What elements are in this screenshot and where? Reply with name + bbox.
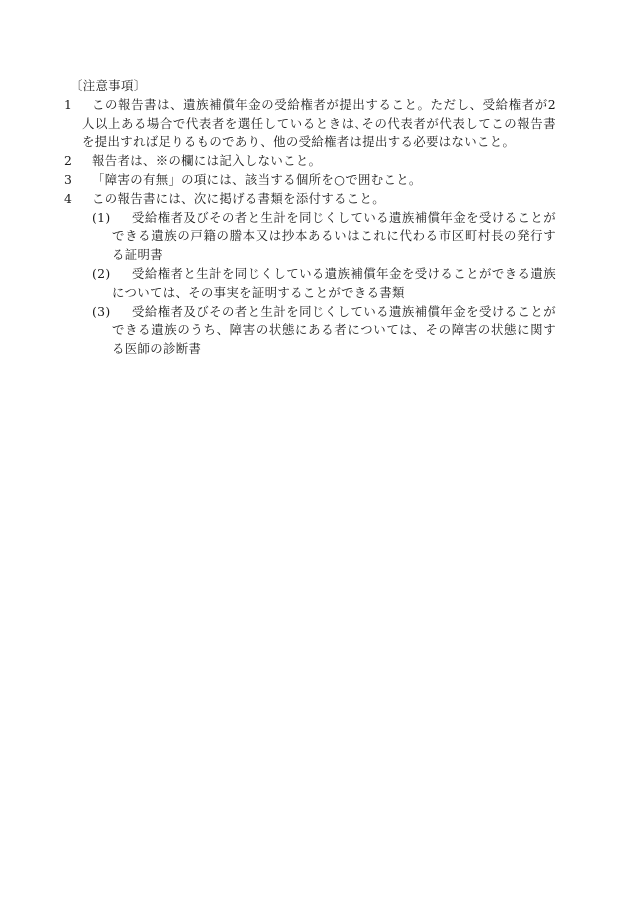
note-item-3: 3 「障害の有無」の項には、該当する個所を○で囲むこと。 bbox=[64, 171, 556, 190]
note-number: 3 bbox=[64, 171, 82, 190]
attachment-text: 受給権者及びその者と生計を同じくしている遺族補償年金を受けることができる遺族の戸… bbox=[112, 209, 556, 265]
attachment-item-2: (2) 受給権者と生計を同じくしている遺族補償年金を受けることができる遺族につい… bbox=[64, 265, 556, 303]
note-text: 報告者は、※の欄には記入しないこと。 bbox=[82, 152, 556, 171]
note-text: この報告書には、次に掲げる書類を添付すること。 bbox=[82, 190, 556, 209]
attachment-item-1: (1) 受給権者及びその者と生計を同じくしている遺族補償年金を受けることができる… bbox=[64, 209, 556, 265]
note-item-4: 4 この報告書には、次に掲げる書類を添付すること。 bbox=[64, 190, 556, 209]
note-item-2: 2 報告者は、※の欄には記入しないこと。 bbox=[64, 152, 556, 171]
note-number: 1 bbox=[64, 96, 82, 115]
attachment-number: (3) bbox=[92, 303, 111, 322]
attachment-number: (2) bbox=[92, 265, 111, 284]
attachment-number: (1) bbox=[92, 209, 111, 228]
attachment-item-3: (3) 受給権者及びその者と生計を同じくしている遺族補償年金を受けることができる… bbox=[64, 303, 556, 359]
attachment-text: 受給権者及びその者と生計を同じくしている遺族補償年金を受けることができる遺族のう… bbox=[112, 303, 556, 359]
note-item-1: 1 この報告書は、遺族補償年金の受給権者が提出すること。ただし、受給権者が2人以… bbox=[64, 96, 556, 152]
notes-section: 〔注意事項〕 1 この報告書は、遺族補償年金の受給権者が提出すること。ただし、受… bbox=[64, 77, 556, 359]
attachment-text: 受給権者と生計を同じくしている遺族補償年金を受けることができる遺族については、そ… bbox=[112, 265, 556, 303]
note-number: 4 bbox=[64, 190, 82, 209]
document-page: 〔注意事項〕 1 この報告書は、遺族補償年金の受給権者が提出すること。ただし、受… bbox=[0, 0, 630, 903]
notes-heading: 〔注意事項〕 bbox=[64, 77, 556, 96]
note-text: この報告書は、遺族補償年金の受給権者が提出すること。ただし、受給権者が2人以上あ… bbox=[82, 96, 556, 152]
note-text: 「障害の有無」の項には、該当する個所を○で囲むこと。 bbox=[82, 171, 556, 190]
note-number: 2 bbox=[64, 152, 82, 171]
